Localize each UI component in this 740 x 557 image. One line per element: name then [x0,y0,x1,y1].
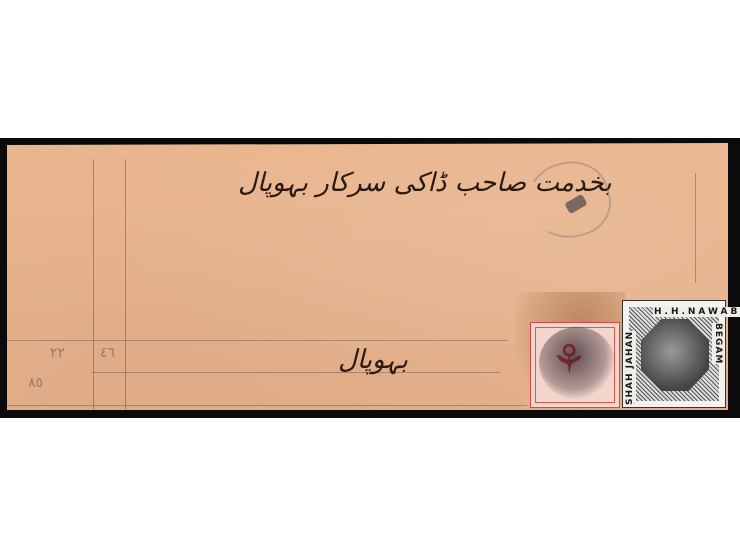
ruled-line [7,405,527,406]
ruled-line [695,173,696,283]
stamp-legend-right: BEGAM [712,323,724,364]
ruled-line [93,159,94,410]
pencil-note: ٨٥ [28,375,43,391]
cancellation-mark [539,327,615,399]
stamp-legend-left: SHAH JAHAN [624,331,636,405]
address-line-2: بہوپال [338,345,408,375]
red-stamp: ⚘ [530,322,620,408]
pencil-note: ٢٢ [50,345,65,361]
ruled-line [7,340,507,341]
black-stamp: H.H.NAWAB SHAH JAHAN BEGAM [622,300,726,408]
stamp-legend-top: H.H.NAWAB [653,307,740,317]
ruled-line [91,372,501,373]
pencil-note: ٤٦ [100,345,115,361]
ruled-line [125,159,126,410]
